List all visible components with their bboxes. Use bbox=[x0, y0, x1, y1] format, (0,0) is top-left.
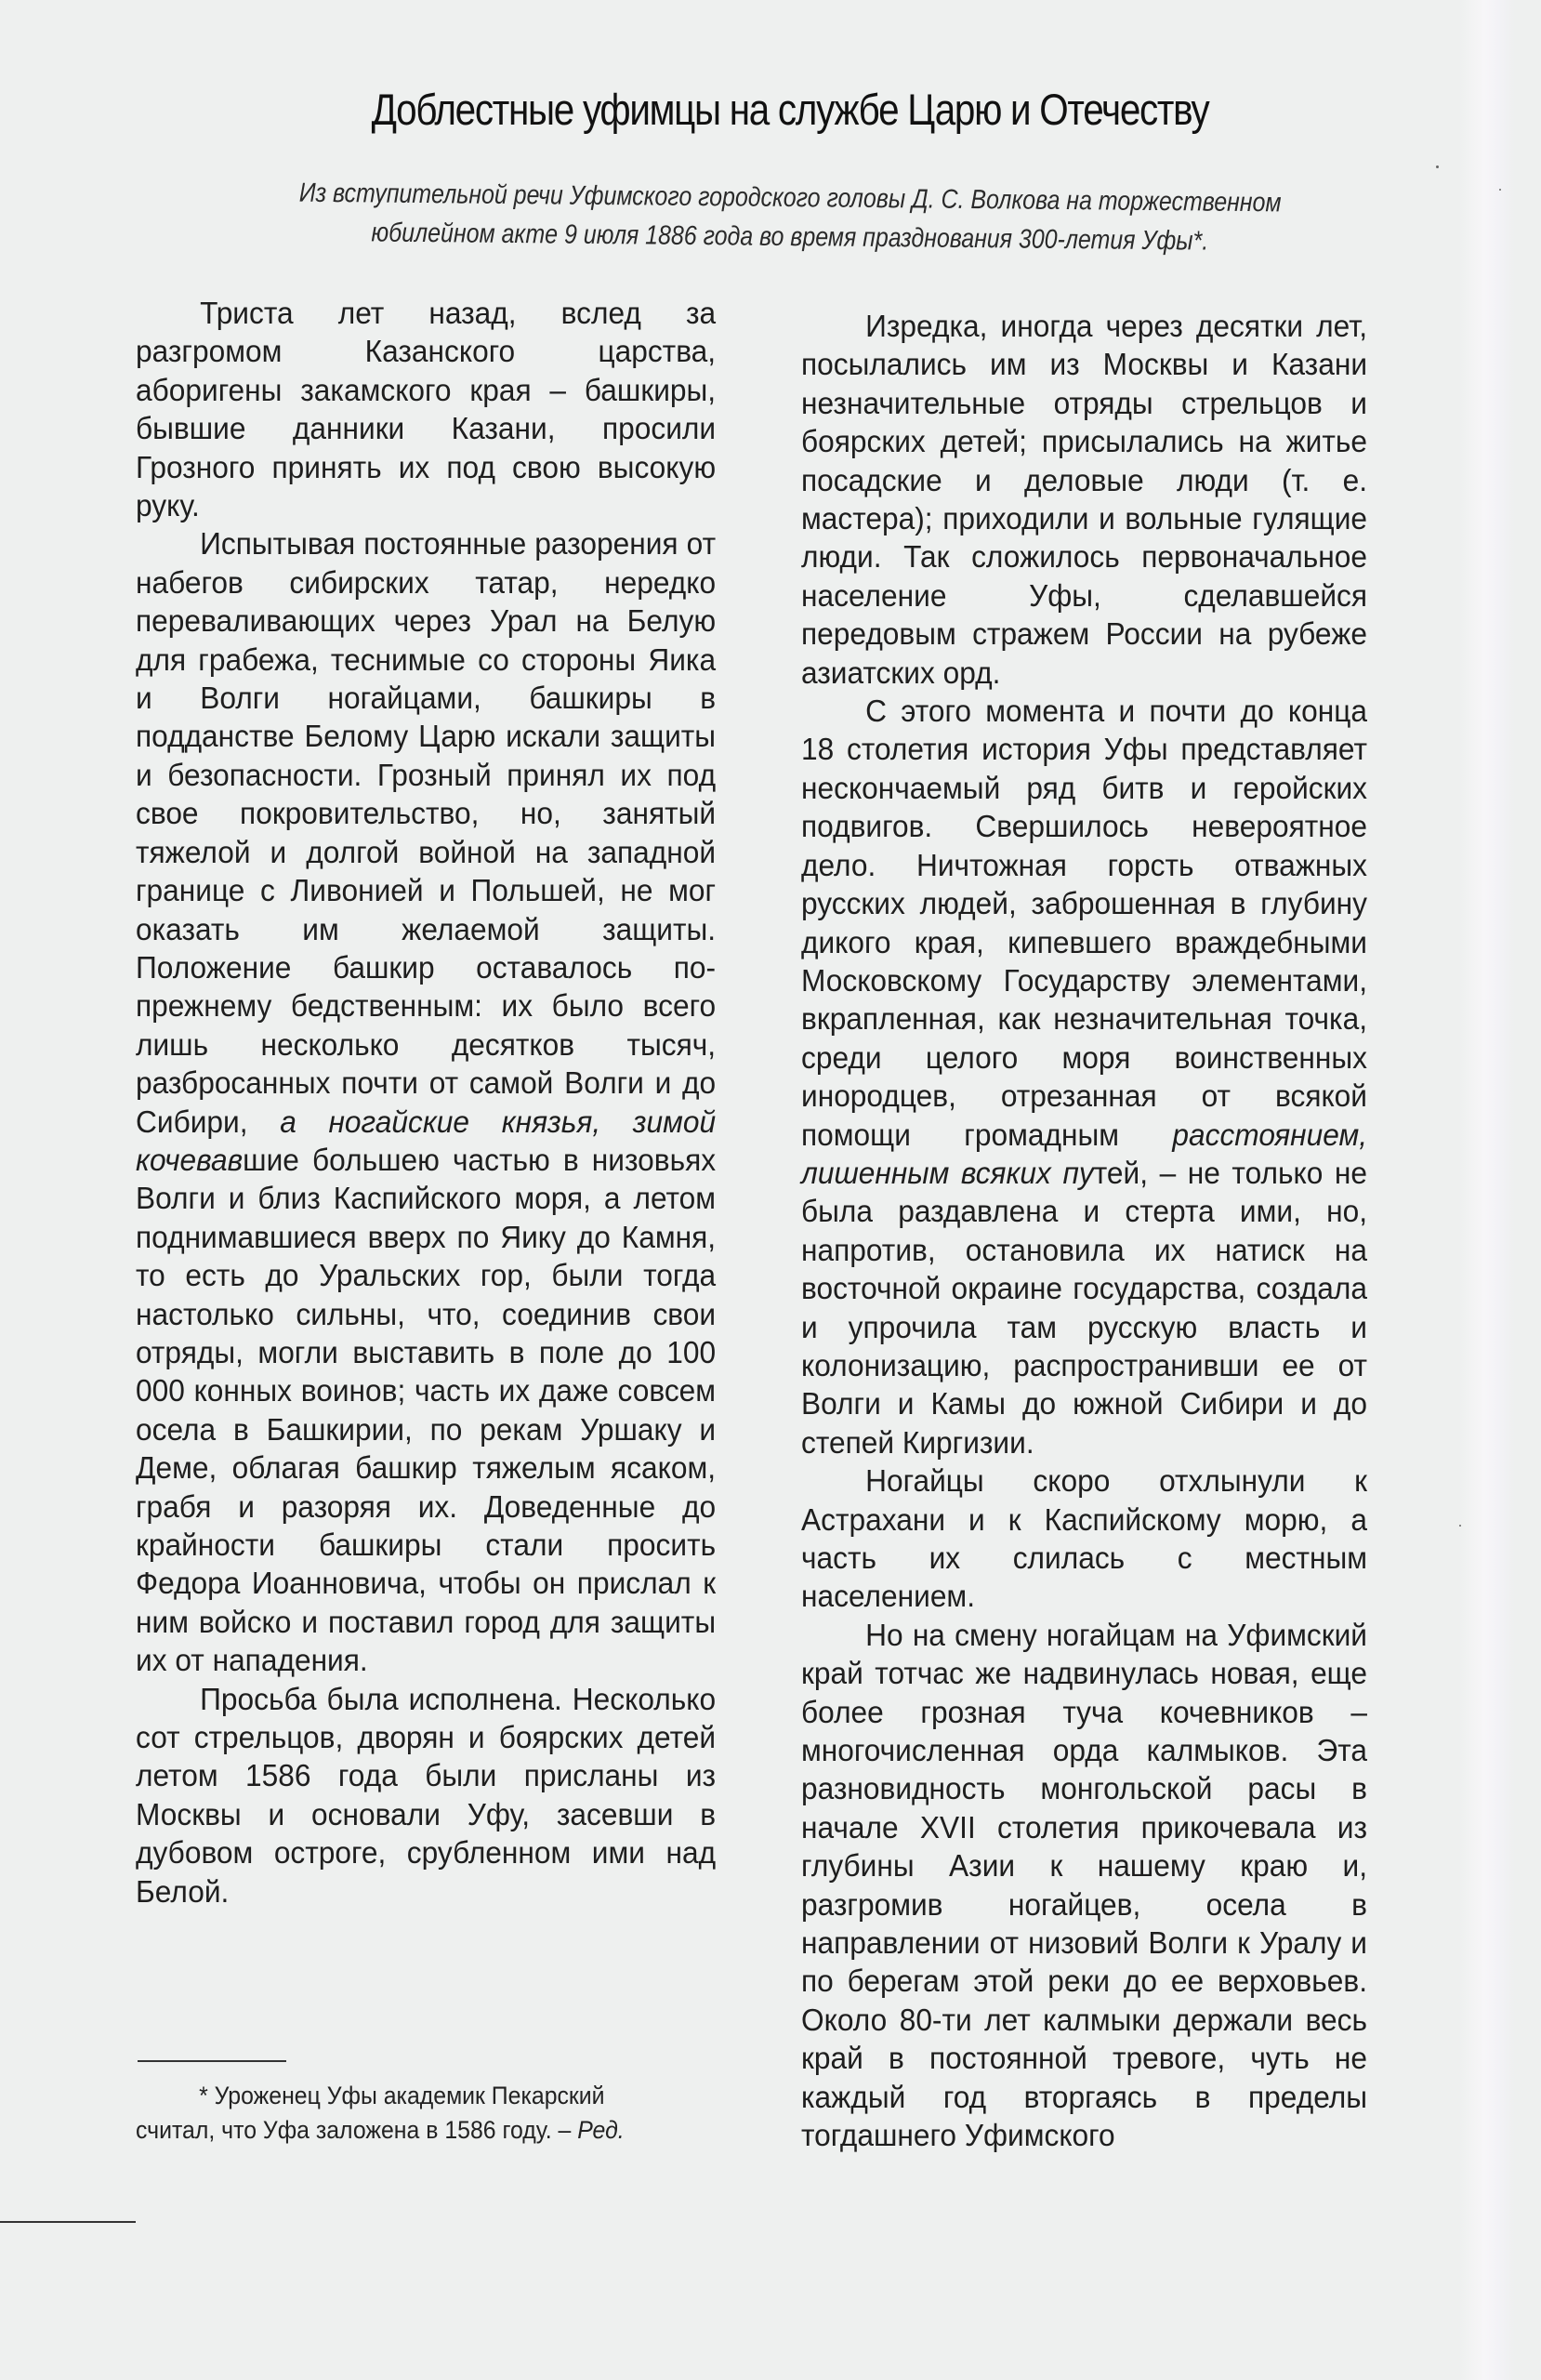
scan-speck bbox=[1499, 189, 1501, 191]
left-column: Триста лет назад, вслед за разгромом Каз… bbox=[136, 294, 749, 1911]
paragraph-text: шие большею частью в низовьях Волги и бл… bbox=[136, 1143, 716, 1677]
paragraph: Триста лет назад, вслед за разгромом Каз… bbox=[136, 294, 716, 524]
paragraph-text: Испытывая постоянные разорения от набего… bbox=[136, 526, 716, 1138]
scan-speck bbox=[1436, 165, 1439, 168]
footnote-body: * Уроженец Уфы академик Пекарский считал… bbox=[136, 2082, 605, 2144]
footnote-editor-mark: Ред. bbox=[577, 2116, 624, 2144]
footnote-text: * Уроженец Уфы академик Пекарский считал… bbox=[136, 2079, 665, 2148]
paragraph: С этого момента и почти до конца 18 стол… bbox=[801, 692, 1367, 1461]
footnote: * Уроженец Уфы академик Пекарский считал… bbox=[136, 2079, 665, 2148]
paragraph: Изредка, иногда через десятки лет, посыл… bbox=[801, 307, 1367, 692]
paragraph: Ногайцы скоро отхлынули к Астрахани и к … bbox=[801, 1461, 1367, 1616]
right-column: Изредка, иногда через десятки лет, посыл… bbox=[801, 307, 1368, 2155]
paragraph: Просьба была исполнена. Несколько сот ст… bbox=[136, 1680, 716, 1911]
italic-emphasis: а ногайские князья, bbox=[280, 1104, 600, 1139]
article-title: Доблестные уфимцы на службе Царю и Отече… bbox=[350, 84, 1230, 135]
paragraph: Но на смену ногайцам на Уфимский край то… bbox=[801, 1616, 1367, 2155]
paragraph-text: тей, – не только не была раздавлена и ст… bbox=[801, 1156, 1367, 1460]
paragraph-text: С этого момента и почти до конца 18 стол… bbox=[801, 694, 1367, 1151]
page-spine-shadow bbox=[1459, 0, 1515, 2380]
paragraph: Испытывая постоянные разорения от набего… bbox=[136, 524, 716, 1679]
scan-speck bbox=[1459, 1525, 1461, 1527]
page-edge-rule bbox=[0, 2221, 136, 2223]
article-subtitle: Из вступительной речи Уфимского городско… bbox=[246, 173, 1334, 262]
footnote-divider bbox=[138, 2060, 286, 2062]
